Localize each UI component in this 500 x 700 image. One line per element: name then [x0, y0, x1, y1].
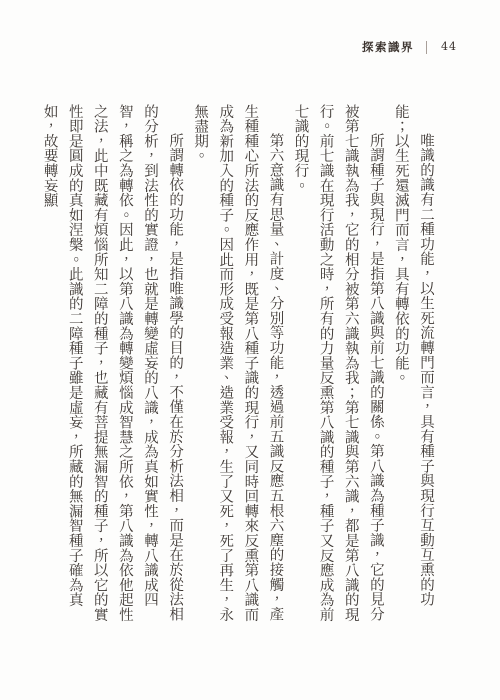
book-page: 探索識界 44 唯識的識有二種功能，以生死流轉門而言，具有種子與現行互動互熏的功…: [0, 0, 500, 700]
paragraph-functions-of-consciousness: 唯識的識有二種功能，以生死流轉門而言，具有種子與現行互動互熏的功能；以生死還滅門…: [388, 104, 438, 632]
book-title: 探索識界: [362, 40, 414, 54]
page-header: 探索識界 44: [362, 40, 457, 54]
paragraph-seeds-and-manifestation: 所謂種子與現行，是指第八識與前七識的關係。第八識為種子識，它的見分被第七識執為我…: [287, 104, 387, 632]
vertical-text-body: 唯識的識有二種功能，以生死流轉門而言，具有種子與現行互動互熏的功能；以生死還滅門…: [37, 104, 439, 632]
header-divider-line: [426, 41, 427, 54]
paragraph-sixth-consciousness: 第六意識有思量、計度、分別等功能，透過前五識反應五根六塵的接觸，產生種種心所法的…: [187, 104, 287, 632]
paragraph-transformation-of-basis: 所謂轉依的功能，是指唯識學的目的，不僅在於分析法相，而是在於從法相的分析，到法性…: [37, 104, 188, 632]
page-number: 44: [441, 40, 457, 54]
